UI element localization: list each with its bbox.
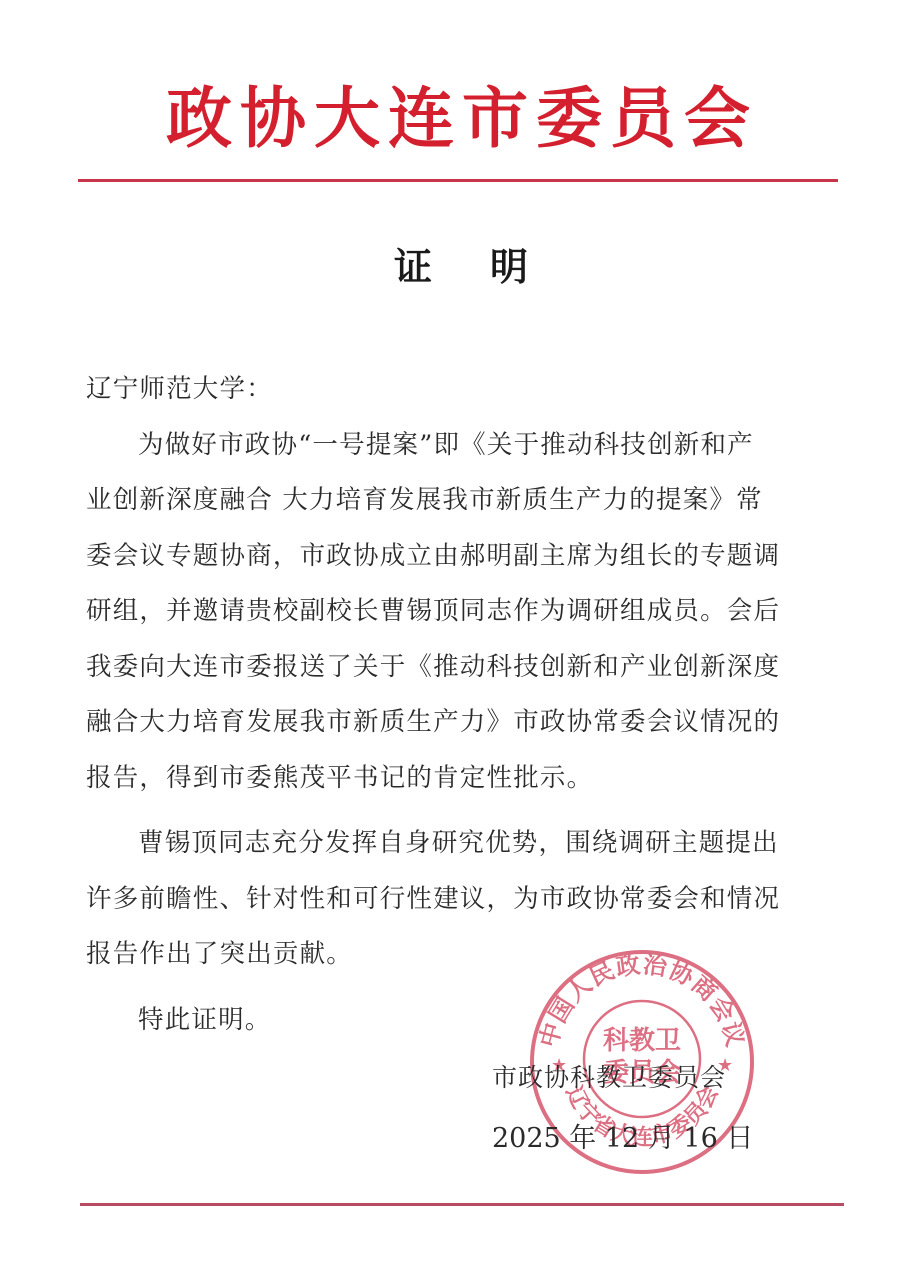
- title-char-1: 证: [394, 236, 434, 291]
- letterhead-red-rule: [78, 179, 838, 182]
- body-line: 委会议专题协商，市政协成立由郝明副主席为组长的专题调: [86, 529, 846, 585]
- body-line: 许多前瞻性、针对性和可行性建议，为市政协常委会和情况: [86, 872, 846, 928]
- issue-date: 2025 年 12 月 16 日: [492, 1116, 753, 1155]
- body-line: 我委向大连市委报送了关于《推动科技创新和产业创新深度: [86, 640, 846, 696]
- body-line: 研组，并邀请贵校副校长曹锡顶同志作为调研组成员。会后: [86, 584, 846, 640]
- body-line: 为做好市政协“一号提案”即《关于推动科技创新和产: [86, 418, 846, 474]
- body-line: 曹锡顶同志充分发挥自身研究优势，围绕调研主题提出: [86, 816, 846, 872]
- body-line: 融合大力培育发展我市新质生产力》市政协常委会议情况的: [86, 695, 846, 751]
- footer-red-rule: [80, 1203, 844, 1206]
- issuer-signature: 市政协科教卫委员会: [492, 1058, 726, 1094]
- body-line: 报告，得到市委熊茂平书记的肯定性批示。: [86, 751, 846, 807]
- document-body: 辽宁师范大学： 为做好市政协“一号提案”即《关于推动科技创新和产 业创新深度融合…: [86, 362, 846, 1048]
- svg-text:科教卫: 科教卫: [603, 1026, 681, 1056]
- letterhead-org-name: 政协大连市委员会: [0, 78, 924, 158]
- title-char-2: 明: [490, 236, 530, 291]
- body-line: 业创新深度融合 大力培育发展我市新质生产力的提案》常: [86, 473, 846, 529]
- salutation: 辽宁师范大学：: [86, 362, 846, 418]
- document-title: 证明: [0, 236, 924, 291]
